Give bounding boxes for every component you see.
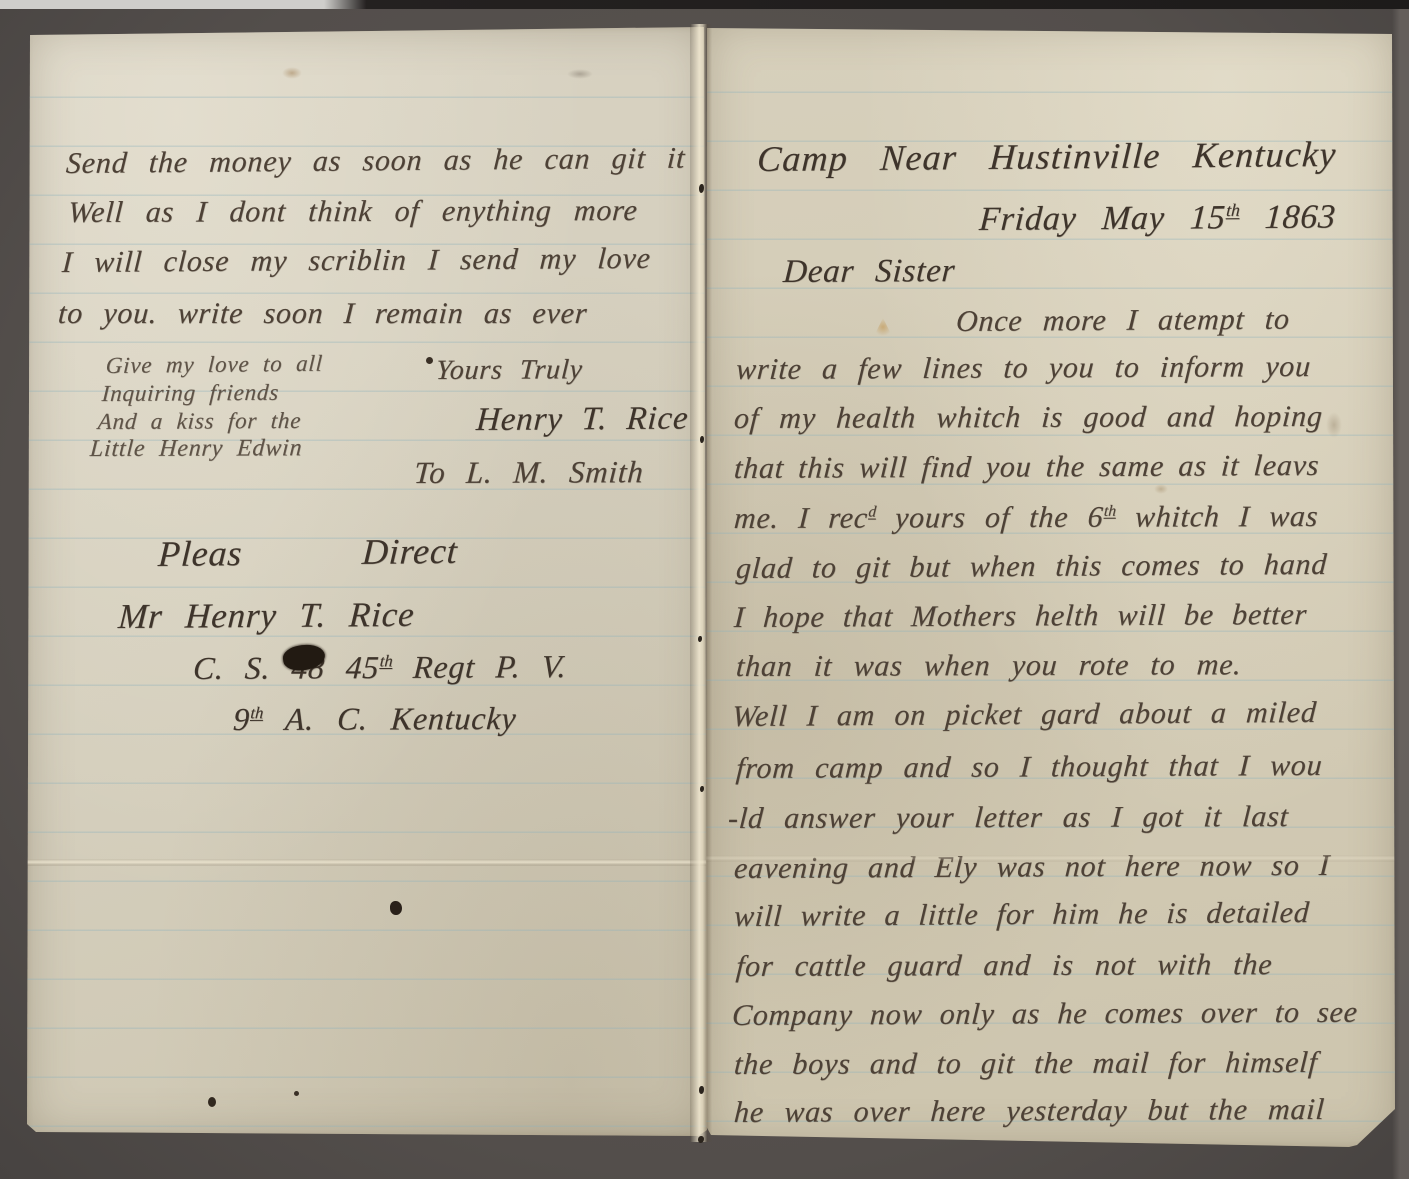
closing-line: Send the money as soon as he can git it	[65, 142, 686, 181]
body-line: -ld answer your letter as I got it last	[727, 800, 1290, 836]
ink-speck	[294, 1091, 299, 1096]
signature-closing: Yours Truly	[435, 354, 584, 387]
body-line: of my health whitch is good and hoping	[733, 400, 1324, 436]
body-line: he was over here yesterday but the mail	[733, 1093, 1326, 1130]
signature-recipient: To L. M. Smith	[413, 454, 645, 491]
love-note-line: Give my love to all	[105, 351, 324, 379]
address-line: C. S. 48 45th Regt P. V.	[192, 648, 568, 687]
paper-stain	[1326, 412, 1342, 438]
horizontal-fold-crease	[706, 855, 1396, 862]
paper-stain	[874, 318, 892, 336]
letter-scan: Send the money as soon as he can git it …	[0, 0, 1409, 1179]
body-line: Company now only as he comes over to see	[731, 996, 1359, 1033]
fold-speck	[700, 786, 704, 792]
closing-line: I will close my scriblin I send my love	[61, 242, 652, 280]
ink-speck	[208, 1097, 216, 1107]
fold-speck	[700, 436, 704, 443]
fold-speck	[698, 1136, 704, 1143]
body-line: the boys and to git the mail for himself	[733, 1046, 1319, 1082]
body-line: that this will find you the same as it l…	[733, 449, 1320, 486]
center-fold-crease	[690, 24, 712, 1142]
letter-page-right: Camp Near Hustinville Kentucky Friday Ma…	[706, 22, 1396, 1147]
scanner-edge-strip	[0, 0, 1409, 9]
letter-heading-location: Camp Near Hustinville Kentucky	[756, 133, 1338, 180]
paper-stain	[282, 67, 302, 79]
signature-name: Henry T. Rice	[475, 401, 690, 439]
love-note-line: Inquiring friends	[101, 380, 280, 407]
address-line: 9th A. C. Kentucky	[232, 700, 518, 738]
paper-stain	[1154, 484, 1168, 494]
body-line: me. I recd yours of the 6th whitch I was	[733, 500, 1319, 536]
body-line: will write a little for him he is detail…	[733, 896, 1311, 934]
fold-speck	[699, 184, 704, 193]
body-line: I hope that Mothers helth will be better	[733, 598, 1308, 635]
address-line: Pleas Direct	[157, 530, 459, 575]
closing-line: Well as I dont think of enything more	[67, 194, 639, 230]
body-line: write a few lines to you to inform you	[735, 350, 1312, 387]
closing-line: to you. write soon I remain as ever	[57, 297, 589, 331]
letter-page-left: Send the money as soon as he can git it …	[27, 27, 707, 1136]
letter-heading-date: Friday May 15th 1863	[978, 199, 1337, 239]
ink-fleck	[426, 357, 433, 364]
address-line: Mr Henry T. Rice	[117, 595, 416, 637]
body-line: Once more I atempt to	[955, 303, 1291, 339]
body-line: from camp and so I thought that I wou	[735, 749, 1324, 786]
body-line: glad to git but when this comes to hand	[735, 548, 1328, 586]
body-line: Well I am on picket gard about a miled	[731, 696, 1318, 734]
ink-spot	[390, 901, 402, 915]
fold-speck	[698, 636, 702, 642]
love-note-line: And a kiss for the	[97, 408, 302, 435]
fold-speck	[699, 1086, 704, 1094]
horizontal-fold-crease	[27, 859, 707, 866]
letter-salutation: Dear Sister	[782, 253, 957, 291]
love-note-line: Little Henry Edwin	[89, 435, 303, 463]
paper-stain	[567, 69, 593, 79]
body-line: for cattle guard and is not with the	[735, 948, 1274, 984]
body-line: than it was when you rote to me.	[735, 648, 1243, 684]
